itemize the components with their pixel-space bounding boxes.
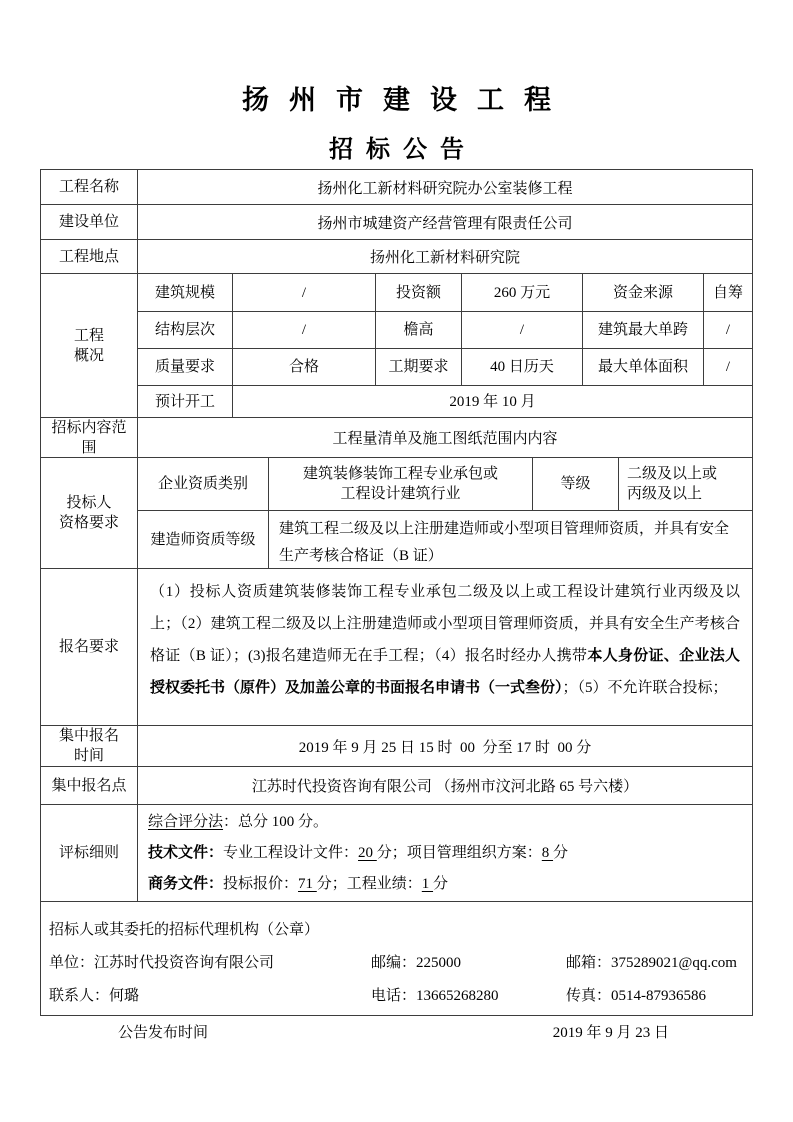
bid-price-score: 71 <box>298 876 317 892</box>
evaluation-line1: 综合评分法：总分 100 分。 <box>148 807 742 838</box>
agency-email: 邮箱：375289021@qq.com <box>566 947 744 980</box>
email-label: 邮箱： <box>566 955 611 971</box>
qualification-label-line1: 投标人 <box>66 493 111 513</box>
overview-row-2: 结构层次 / 檐高 / 建筑最大单跨 / <box>138 311 752 348</box>
overview-grid: 建筑规模 / 投资额 260 万元 资金来源 自筹 结构层次 / 檐高 / 建筑… <box>138 274 752 417</box>
overview-cell: 檐高 <box>376 312 462 348</box>
postcode-label: 邮编： <box>371 955 416 971</box>
overview-cell: 建筑规模 <box>138 274 233 311</box>
builder-grade-value: 建筑工程二级及以上注册建造师或小型项目管理师资质，并具有安全生产考核合格证（B … <box>269 511 752 568</box>
announcement-page: 扬州市建设工程 招标公告 工程名称 扬州化工新材料研究院办公室装修工程 建设单位… <box>0 0 793 1122</box>
registration-row: 报名要求 （1）投标人资质建筑装修装饰工程专业承包二级及以上或工程设计建筑行业丙… <box>41 568 752 725</box>
enterprise-type-label: 企业资质类别 <box>138 458 269 510</box>
agency-section: 招标人或其委托的招标代理机构（公章） 单位：江苏时代投资咨询有限公司 邮编：22… <box>41 901 752 1015</box>
registration-label: 报名要求 <box>41 569 138 725</box>
project-name-row: 工程名称 扬州化工新材料研究院办公室装修工程 <box>41 170 752 204</box>
evaluation-value: 综合评分法：总分 100 分。 技术文件：专业工程设计文件：20 分；项目管理组… <box>138 805 752 901</box>
signup-time-label-line1: 集中报名 <box>59 726 119 746</box>
design-file-label: 专业工程设计文件： <box>223 845 358 861</box>
project-name-label: 工程名称 <box>41 170 138 204</box>
overview-start-row: 预计开工 2019 年 10 月 <box>138 385 752 417</box>
signup-time-label-line2: 时间 <box>74 746 104 766</box>
performance-score: 1 <box>422 876 433 892</box>
overview-label-line1: 工程 <box>74 326 104 346</box>
overview-cell: 自筹 <box>704 274 752 311</box>
overview-row-1: 建筑规模 / 投资额 260 万元 资金来源 自筹 <box>138 274 752 311</box>
page-title: 扬州市建设工程 <box>0 0 793 116</box>
signup-time-row: 集中报名 时间 2019 年 9 月 25 日 15 时 00 分至 17 时 … <box>41 725 752 766</box>
overview-cell: / <box>704 349 752 385</box>
signup-time-label: 集中报名 时间 <box>41 726 138 766</box>
build-unit-value: 扬州市城建资产经营管理有限责任公司 <box>138 205 752 239</box>
overview-cell: 结构层次 <box>138 312 233 348</box>
build-unit-row: 建设单位 扬州市城建资产经营管理有限责任公司 <box>41 204 752 239</box>
bid-scope-label: 招标内容范 围 <box>41 418 138 457</box>
agency-title: 招标人或其委托的招标代理机构（公章） <box>49 914 744 947</box>
bid-scope-value: 工程量清单及施工图纸范围内内容 <box>138 418 752 457</box>
performance-label: 分；工程业绩： <box>317 876 422 892</box>
agency-postcode: 邮编：225000 <box>371 947 566 980</box>
project-name-value: 扬州化工新材料研究院办公室装修工程 <box>138 170 752 204</box>
grade-label: 等级 <box>533 458 619 510</box>
management-plan-score: 8 <box>542 845 553 861</box>
line2-unit: 分 <box>553 845 568 861</box>
overview-cell: 合格 <box>233 349 376 385</box>
signup-place-label: 集中报名点 <box>41 767 138 804</box>
publish-time-label: 公告发布时间 <box>118 1023 208 1043</box>
overview-label-line2: 概况 <box>74 346 104 366</box>
location-value: 扬州化工新材料研究院 <box>138 240 752 273</box>
announcement-table: 工程名称 扬州化工新材料研究院办公室装修工程 建设单位 扬州市城建资产经营管理有… <box>40 169 753 1016</box>
agency-unit: 单位：江苏时代投资咨询有限公司 <box>49 947 371 980</box>
signup-time-value: 2019 年 9 月 25 日 15 时 00 分至 17 时 00 分 <box>138 726 752 766</box>
evaluation-row: 评标细则 综合评分法：总分 100 分。 技术文件：专业工程设计文件：20 分；… <box>41 804 752 901</box>
unit-label: 单位： <box>49 955 94 971</box>
enterprise-type-line2: 工程设计建筑行业 <box>303 484 498 504</box>
registration-value: （1）投标人资质建筑装修装饰工程专业承包二级及以上或工程设计建筑行业丙级及以上；… <box>138 569 752 725</box>
overview-cell: / <box>462 312 583 348</box>
agency-line-2: 联系人：何璐 电话：13665268280 传真：0514-87936586 <box>49 980 744 1013</box>
agency-fax: 传真：0514-87936586 <box>566 980 744 1013</box>
overview-cell: 资金来源 <box>583 274 704 311</box>
evaluation-method: 综合评分法 <box>148 814 223 830</box>
signup-place-value: 江苏时代投资咨询有限公司 （扬州市汶河北路 65 号六楼） <box>138 767 752 804</box>
page-footer: 公告发布时间 2019 年 9 月 23 日 <box>40 1016 753 1043</box>
technical-file-label: 技术文件： <box>148 845 223 861</box>
contact-value: 何璐 <box>109 988 139 1004</box>
overview-cell: 40 日历天 <box>462 349 583 385</box>
overview-cell: 260 万元 <box>462 274 583 311</box>
overview-cell: 建筑最大单跨 <box>583 312 704 348</box>
overview-cell: / <box>233 274 376 311</box>
enterprise-type-line1: 建筑装修装饰工程专业承包或 <box>303 464 498 484</box>
phone-label: 电话： <box>371 988 416 1004</box>
overview-cell: 工期要求 <box>376 349 462 385</box>
builder-qualification-row: 建造师资质等级 建筑工程二级及以上注册建造师或小型项目管理师资质，并具有安全生产… <box>138 510 752 568</box>
qualification-label: 投标人 资格要求 <box>41 458 138 568</box>
enterprise-qualification-row: 企业资质类别 建筑装修装饰工程专业承包或 工程设计建筑行业 等级 二级及以上或 … <box>138 458 752 510</box>
fax-value: 0514-87936586 <box>611 988 706 1004</box>
evaluation-line3: 商务文件：投标报价：71 分；工程业绩：1 分 <box>148 869 742 900</box>
evaluation-label: 评标细则 <box>41 805 138 901</box>
qualification-label-line2: 资格要求 <box>59 513 119 533</box>
fax-label: 传真： <box>566 988 611 1004</box>
agency-contact: 联系人：何璐 <box>49 980 371 1013</box>
evaluation-total: ：总分 100 分。 <box>223 814 328 830</box>
overview-cell: / <box>704 312 752 348</box>
overview-label: 工程 概况 <box>41 274 138 417</box>
evaluation-line2: 技术文件：专业工程设计文件：20 分；项目管理组织方案：8 分 <box>148 838 742 869</box>
agency-line-1: 单位：江苏时代投资咨询有限公司 邮编：225000 邮箱：375289021@q… <box>49 947 744 980</box>
page-subtitle: 招标公告 <box>0 136 793 165</box>
signup-place-row: 集中报名点 江苏时代投资咨询有限公司 （扬州市汶河北路 65 号六楼） <box>41 766 752 804</box>
grade-value-line1: 二级及以上或 <box>627 464 717 484</box>
start-date-value: 2019 年 10 月 <box>233 386 752 417</box>
overview-cell: 最大单体面积 <box>583 349 704 385</box>
grade-value: 二级及以上或 丙级及以上 <box>619 458 752 510</box>
location-row: 工程地点 扬州化工新材料研究院 <box>41 239 752 273</box>
unit-value: 江苏时代投资咨询有限公司 <box>94 955 274 971</box>
grade-value-line2: 丙级及以上 <box>627 484 717 504</box>
email-value: 375289021@qq.com <box>611 955 737 971</box>
phone-value: 13665268280 <box>416 988 499 1004</box>
enterprise-type-value: 建筑装修装饰工程专业承包或 工程设计建筑行业 <box>269 458 533 510</box>
line3-unit: 分 <box>433 876 448 892</box>
qualification-section: 投标人 资格要求 企业资质类别 建筑装修装饰工程专业承包或 工程设计建筑行业 等… <box>41 457 752 568</box>
overview-cell: / <box>233 312 376 348</box>
registration-part3: ；（5）不允许联合投标； <box>563 680 728 696</box>
design-file-score: 20 <box>358 845 377 861</box>
bid-price-label: 投标报价： <box>223 876 298 892</box>
bid-scope-label-line1: 招标内容范 <box>51 418 126 438</box>
overview-cell: 投资额 <box>376 274 462 311</box>
build-unit-label: 建设单位 <box>41 205 138 239</box>
overview-cell: 质量要求 <box>138 349 233 385</box>
agency-phone: 电话：13665268280 <box>371 980 566 1013</box>
qualification-grid: 企业资质类别 建筑装修装饰工程专业承包或 工程设计建筑行业 等级 二级及以上或 … <box>138 458 752 568</box>
postcode-value: 225000 <box>416 955 461 971</box>
business-file-label: 商务文件： <box>148 876 223 892</box>
bid-scope-row: 招标内容范 围 工程量清单及施工图纸范围内内容 <box>41 417 752 457</box>
start-date-label: 预计开工 <box>138 386 233 417</box>
overview-row-3: 质量要求 合格 工期要求 40 日历天 最大单体面积 / <box>138 348 752 385</box>
publish-date: 2019 年 9 月 23 日 <box>553 1023 669 1043</box>
contact-label: 联系人： <box>49 988 109 1004</box>
builder-grade-label: 建造师资质等级 <box>138 511 269 568</box>
overview-section: 工程 概况 建筑规模 / 投资额 260 万元 资金来源 自筹 结构层次 / 檐… <box>41 273 752 417</box>
management-plan-label: 分；项目管理组织方案： <box>377 845 542 861</box>
location-label: 工程地点 <box>41 240 138 273</box>
bid-scope-label-line2: 围 <box>81 438 96 458</box>
